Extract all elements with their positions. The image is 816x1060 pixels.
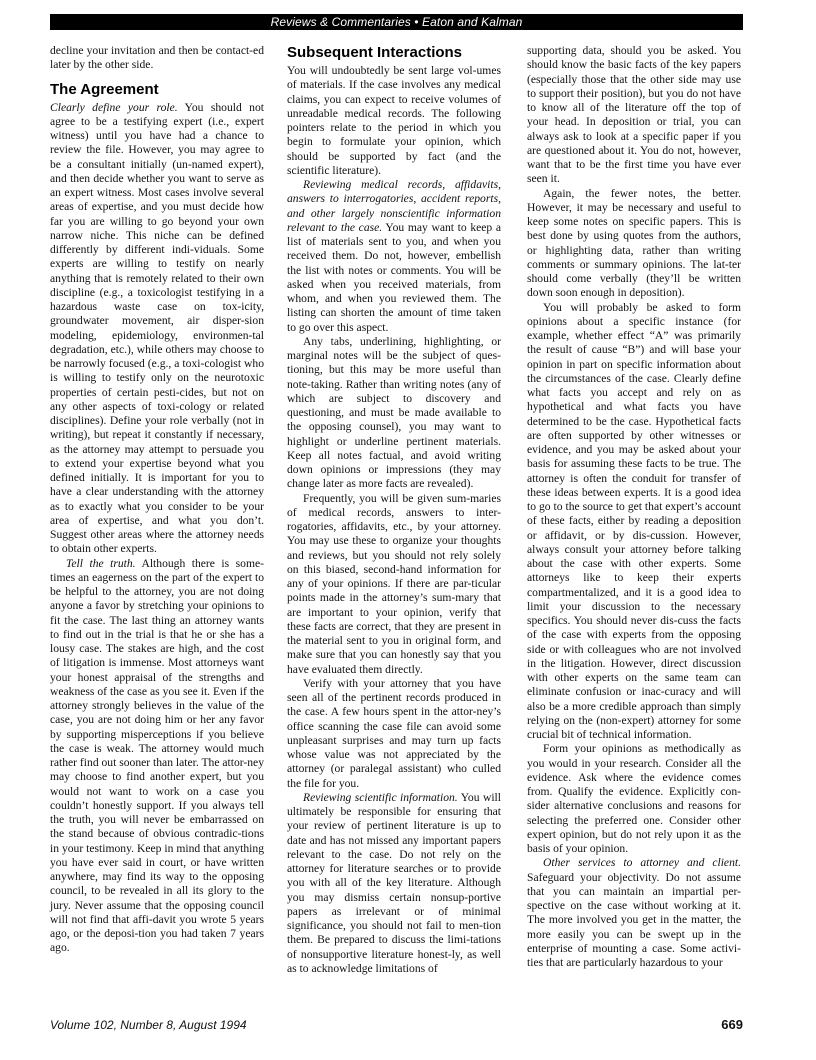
paragraph-text: Again, the fewer notes, the better. Howe… bbox=[527, 187, 741, 300]
paragraph-text: Form your opinions as methodically as yo… bbox=[527, 742, 741, 855]
paragraph-define-role: Clearly define your role. You should not… bbox=[50, 101, 264, 557]
paragraph-text: You will ultimately be responsible for e… bbox=[287, 791, 501, 975]
paragraph-text: Any tabs, underlining, highlighting, or … bbox=[287, 335, 501, 491]
paragraph: Any tabs, underlining, highlighting, or … bbox=[287, 335, 501, 492]
paragraph: You will undoubtedly be sent large vol-u… bbox=[287, 64, 501, 178]
paragraph: You will probably be asked to form opini… bbox=[527, 301, 741, 743]
page-number: 669 bbox=[690, 1017, 743, 1032]
paragraph-text: You may want to keep a list of materials… bbox=[287, 221, 501, 334]
column-2: Subsequent Interactions You will undoubt… bbox=[287, 44, 501, 976]
paragraph-other-services: Other services to attorney and client. S… bbox=[527, 856, 741, 970]
runin-heading: Other services to attorney and client. bbox=[543, 856, 741, 869]
runin-heading: Tell the truth. bbox=[66, 557, 136, 570]
paragraph-text: Frequently, you will be given sum-maries… bbox=[287, 492, 501, 676]
runin-heading: Reviewing scientific information. bbox=[303, 791, 458, 804]
section-heading-agreement: The Agreement bbox=[50, 81, 264, 99]
journal-issue: Volume 102, Number 8, August 1994 bbox=[50, 1018, 247, 1032]
column-1: decline your invitation and then be cont… bbox=[50, 44, 264, 956]
paragraph: Form your opinions as methodically as yo… bbox=[527, 742, 741, 856]
column-3: supporting data, should you be asked. Yo… bbox=[527, 44, 741, 970]
continuation-text: decline your invitation and then be cont… bbox=[50, 44, 264, 73]
paragraph: supporting data, should you be asked. Yo… bbox=[527, 44, 741, 187]
paragraph-text: You will undoubtedly be sent large vol-u… bbox=[287, 64, 501, 177]
paragraph: Frequently, you will be given sum-maries… bbox=[287, 492, 501, 677]
paragraph-text: You will probably be asked to form opini… bbox=[527, 301, 741, 742]
paragraph-text: You should not agree to be a testifying … bbox=[50, 101, 264, 556]
paragraph-reviewing-records: Reviewing medical records, affidavits, a… bbox=[287, 178, 501, 335]
paragraph-text: Verify with your attorney that you have … bbox=[287, 677, 501, 790]
paragraph: Again, the fewer notes, the better. Howe… bbox=[527, 187, 741, 301]
paragraph-reviewing-scientific: Reviewing scientific information. You wi… bbox=[287, 791, 501, 976]
paragraph-text: Although there is some-times an eagernes… bbox=[50, 557, 264, 955]
runin-heading: Clearly define your role. bbox=[50, 101, 178, 114]
paragraph-text: Safeguard your objectivity. Do not assum… bbox=[527, 871, 741, 970]
paragraph-text: supporting data, should you be asked. Yo… bbox=[527, 44, 741, 185]
running-head: Reviews & Commentaries • Eaton and Kalma… bbox=[50, 14, 743, 30]
paragraph: Verify with your attorney that you have … bbox=[287, 677, 501, 791]
section-heading-subsequent-interactions: Subsequent Interactions bbox=[287, 44, 501, 62]
paragraph-tell-truth: Tell the truth. Although there is some-t… bbox=[50, 557, 264, 956]
